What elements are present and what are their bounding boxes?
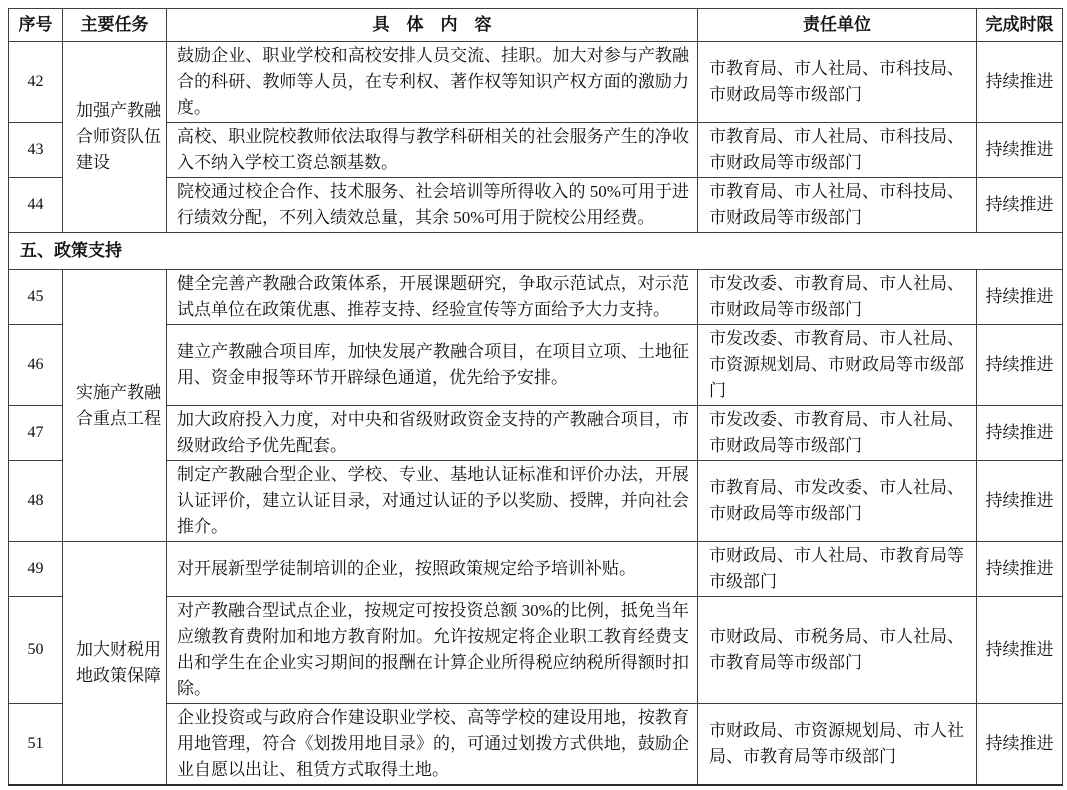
unit-cell: 市财政局、市资源规划局、市人社局、市教育局等市级部门 xyxy=(698,704,977,786)
unit-cell: 市教育局、市人社局、市科技局、市财政局等市级部门 xyxy=(698,42,977,123)
task-group-fiscal-land-policy: 加大财税用地政策保障 xyxy=(63,542,167,786)
deadline-cell: 持续推进 xyxy=(977,42,1063,123)
deadline-cell: 持续推进 xyxy=(977,406,1063,461)
deadline-cell: 持续推进 xyxy=(977,704,1063,786)
deadline-cell: 持续推进 xyxy=(977,461,1063,542)
unit-cell: 市教育局、市人社局、市科技局、市财政局等市级部门 xyxy=(698,178,977,233)
content-cell: 院校通过校企合作、技术服务、社会培训等所得收入的 50%可用于进行绩效分配，不列… xyxy=(167,178,698,233)
table-header-row: 序号 主要任务 具 体 内 容 责任单位 完成时限 xyxy=(9,9,1063,42)
table-row-47: 47 加大政府投入力度，对中央和省级财政资金支持的产教融合项目，市级财政给予优先… xyxy=(9,406,1063,461)
content-cell: 企业投资或与政府合作建设职业学校、高等学校的建设用地，按教育用地管理，符合《划拨… xyxy=(167,704,698,786)
seq-cell: 49 xyxy=(9,542,63,597)
seq-cell: 51 xyxy=(9,704,63,786)
section-title: 五、政策支持 xyxy=(9,233,1063,270)
unit-cell: 市教育局、市人社局、市科技局、市财政局等市级部门 xyxy=(698,123,977,178)
task-group-teacher-team: 加强产教融合师资队伍建设 xyxy=(63,42,167,233)
col-header-content: 具 体 内 容 xyxy=(167,9,698,42)
deadline-cell: 持续推进 xyxy=(977,325,1063,406)
seq-cell: 44 xyxy=(9,178,63,233)
seq-cell: 45 xyxy=(9,270,63,325)
document-page: 序号 主要任务 具 体 内 容 责任单位 完成时限 42 加强产教融合师资队伍建… xyxy=(0,0,1067,790)
content-cell: 鼓励企业、职业学校和高校安排人员交流、挂职。加大对参与产教融合的科研、教师等人员… xyxy=(167,42,698,123)
content-cell: 制定产教融合型企业、学校、专业、基地认证标准和评价办法，开展认证评价，建立认证目… xyxy=(167,461,698,542)
seq-cell: 43 xyxy=(9,123,63,178)
table-row-48: 48 制定产教融合型企业、学校、专业、基地认证标准和评价办法，开展认证评价，建立… xyxy=(9,461,1063,542)
content-cell: 健全完善产教融合政策体系，开展课题研究，争取示范试点，对示范试点单位在政策优惠、… xyxy=(167,270,698,325)
table-row-46: 46 建立产教融合项目库，加快发展产教融合项目，在项目立项、土地征用、资金申报等… xyxy=(9,325,1063,406)
unit-cell: 市发改委、市教育局、市人社局、市资源规划局、市财政局等市级部门 xyxy=(698,325,977,406)
content-cell: 对开展新型学徒制培训的企业，按照政策规定给予培训补贴。 xyxy=(167,542,698,597)
seq-cell: 42 xyxy=(9,42,63,123)
content-cell: 高校、职业院校教师依法取得与教学科研相关的社会服务产生的净收入不纳入学校工资总额… xyxy=(167,123,698,178)
seq-cell: 50 xyxy=(9,597,63,704)
section-header-row: 五、政策支持 xyxy=(9,233,1063,270)
deadline-cell: 持续推进 xyxy=(977,123,1063,178)
col-header-unit: 责任单位 xyxy=(698,9,977,42)
table-row-49: 49 加大财税用地政策保障 对开展新型学徒制培训的企业，按照政策规定给予培训补贴… xyxy=(9,542,1063,597)
table-row-45: 45 实施产教融合重点工程 健全完善产教融合政策体系，开展课题研究，争取示范试点… xyxy=(9,270,1063,325)
unit-cell: 市发改委、市教育局、市人社局、市财政局等市级部门 xyxy=(698,406,977,461)
deadline-cell: 持续推进 xyxy=(977,597,1063,704)
col-header-deadline: 完成时限 xyxy=(977,9,1063,42)
col-header-seq: 序号 xyxy=(9,9,63,42)
deadline-cell: 持续推进 xyxy=(977,178,1063,233)
content-cell: 建立产教融合项目库，加快发展产教融合项目，在项目立项、土地征用、资金申报等环节开… xyxy=(167,325,698,406)
seq-cell: 47 xyxy=(9,406,63,461)
table-row-44: 44 院校通过校企合作、技术服务、社会培训等所得收入的 50%可用于进行绩效分配… xyxy=(9,178,1063,233)
unit-cell: 市财政局、市人社局、市教育局等市级部门 xyxy=(698,542,977,597)
task-group-key-projects: 实施产教融合重点工程 xyxy=(63,270,167,542)
table-row-50: 50 对产教融合型试点企业，按规定可按投资总额 30%的比例，抵免当年应缴教育费… xyxy=(9,597,1063,704)
deadline-cell: 持续推进 xyxy=(977,542,1063,597)
table-row-51: 51 企业投资或与政府合作建设职业学校、高等学校的建设用地，按教育用地管理，符合… xyxy=(9,704,1063,786)
unit-cell: 市教育局、市发改委、市人社局、市财政局等市级部门 xyxy=(698,461,977,542)
col-header-task: 主要任务 xyxy=(63,9,167,42)
unit-cell: 市发改委、市教育局、市人社局、市财政局等市级部门 xyxy=(698,270,977,325)
content-cell: 对产教融合型试点企业，按规定可按投资总额 30%的比例，抵免当年应缴教育费附加和… xyxy=(167,597,698,704)
task-table: 序号 主要任务 具 体 内 容 责任单位 完成时限 42 加强产教融合师资队伍建… xyxy=(8,8,1063,786)
content-cell: 加大政府投入力度，对中央和省级财政资金支持的产教融合项目，市级财政给予优先配套。 xyxy=(167,406,698,461)
table-row-43: 43 高校、职业院校教师依法取得与教学科研相关的社会服务产生的净收入不纳入学校工… xyxy=(9,123,1063,178)
unit-cell: 市财政局、市税务局、市人社局、市教育局等市级部门 xyxy=(698,597,977,704)
seq-cell: 46 xyxy=(9,325,63,406)
table-row-42: 42 加强产教融合师资队伍建设 鼓励企业、职业学校和高校安排人员交流、挂职。加大… xyxy=(9,42,1063,123)
seq-cell: 48 xyxy=(9,461,63,542)
deadline-cell: 持续推进 xyxy=(977,270,1063,325)
